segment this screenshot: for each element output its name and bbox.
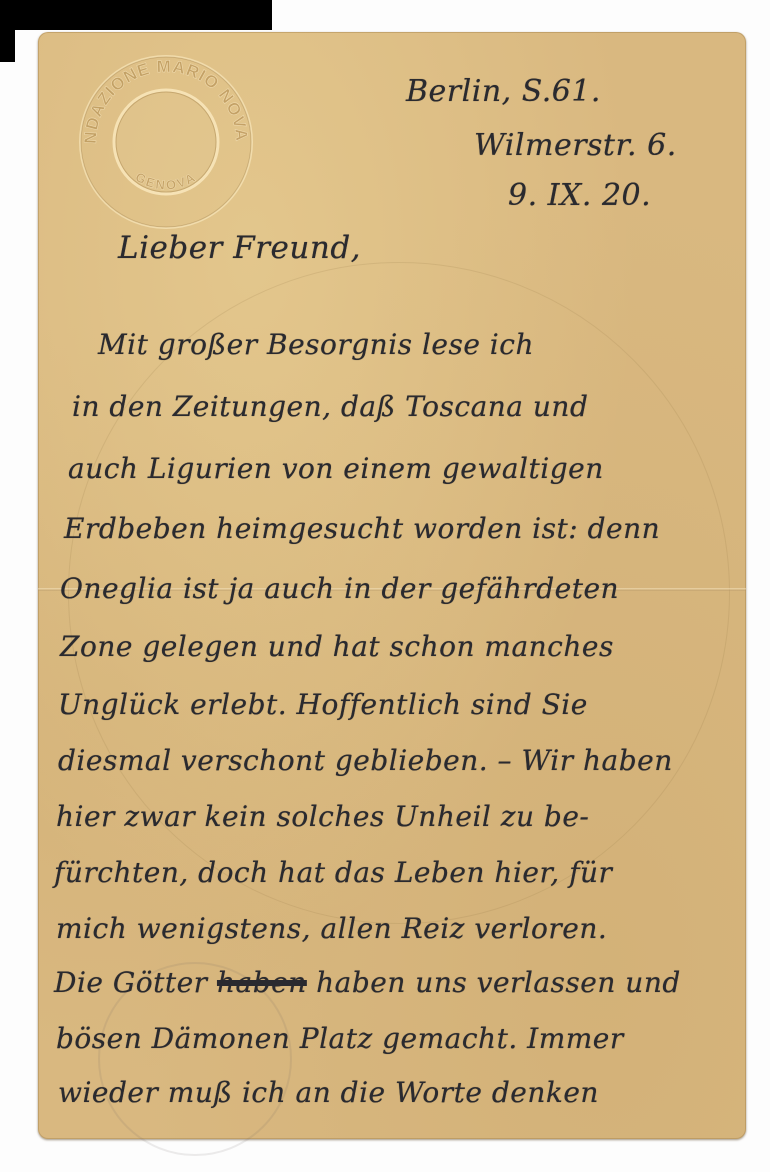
header-date: 9. IX. 20. xyxy=(508,178,651,213)
embossed-seal: FONDAZIONE MARIO NOVARO GENOVA xyxy=(74,50,258,234)
letter-line-with-strikethrough: Die Götter haben haben uns verlassen und xyxy=(54,966,681,999)
salutation: Lieber Freund, xyxy=(118,230,361,266)
letter-line: mich wenigstens, allen Reiz verloren. xyxy=(56,912,607,945)
letter-line: auch Ligurien von einem gewaltigen xyxy=(68,452,604,485)
header-street: Wilmerstr. 6. xyxy=(474,128,677,163)
letter-word: haben uns verlassen und xyxy=(316,966,681,999)
postcard: FONDAZIONE MARIO NOVARO GENOVA Berlin, S… xyxy=(38,32,746,1139)
letter-line: Zone gelegen und hat schon manches xyxy=(60,630,614,663)
struck-word: haben xyxy=(217,966,307,999)
seal-icon: FONDAZIONE MARIO NOVARO GENOVA xyxy=(74,50,258,234)
letter-line: diesmal verschont geblieben. – Wir haben xyxy=(58,744,673,777)
letter-line: wieder muß ich an die Worte denken xyxy=(58,1076,599,1109)
letter-line: fürchten, doch hat das Leben hier, für xyxy=(54,856,612,889)
letter-line: bösen Dämonen Platz gemacht. Immer xyxy=(56,1022,624,1055)
letter-line: in den Zeitungen, daß Toscana und xyxy=(72,390,588,423)
redaction-tab xyxy=(0,30,15,62)
letter-line: Mit großer Besorgnis lese ich xyxy=(98,328,534,361)
letter-line: Unglück erlebt. Hoffentlich sind Sie xyxy=(58,688,588,721)
letter-line: hier zwar kein solches Unheil zu be- xyxy=(56,800,589,833)
header-place: Berlin, S.61. xyxy=(406,74,601,109)
letter-line: Erdbeben heimgesucht worden ist: denn xyxy=(64,512,660,545)
letter-word: Die Götter xyxy=(54,966,208,999)
letter-line: Oneglia ist ja auch in der gefährdeten xyxy=(60,572,619,605)
redaction-bar xyxy=(0,0,272,30)
